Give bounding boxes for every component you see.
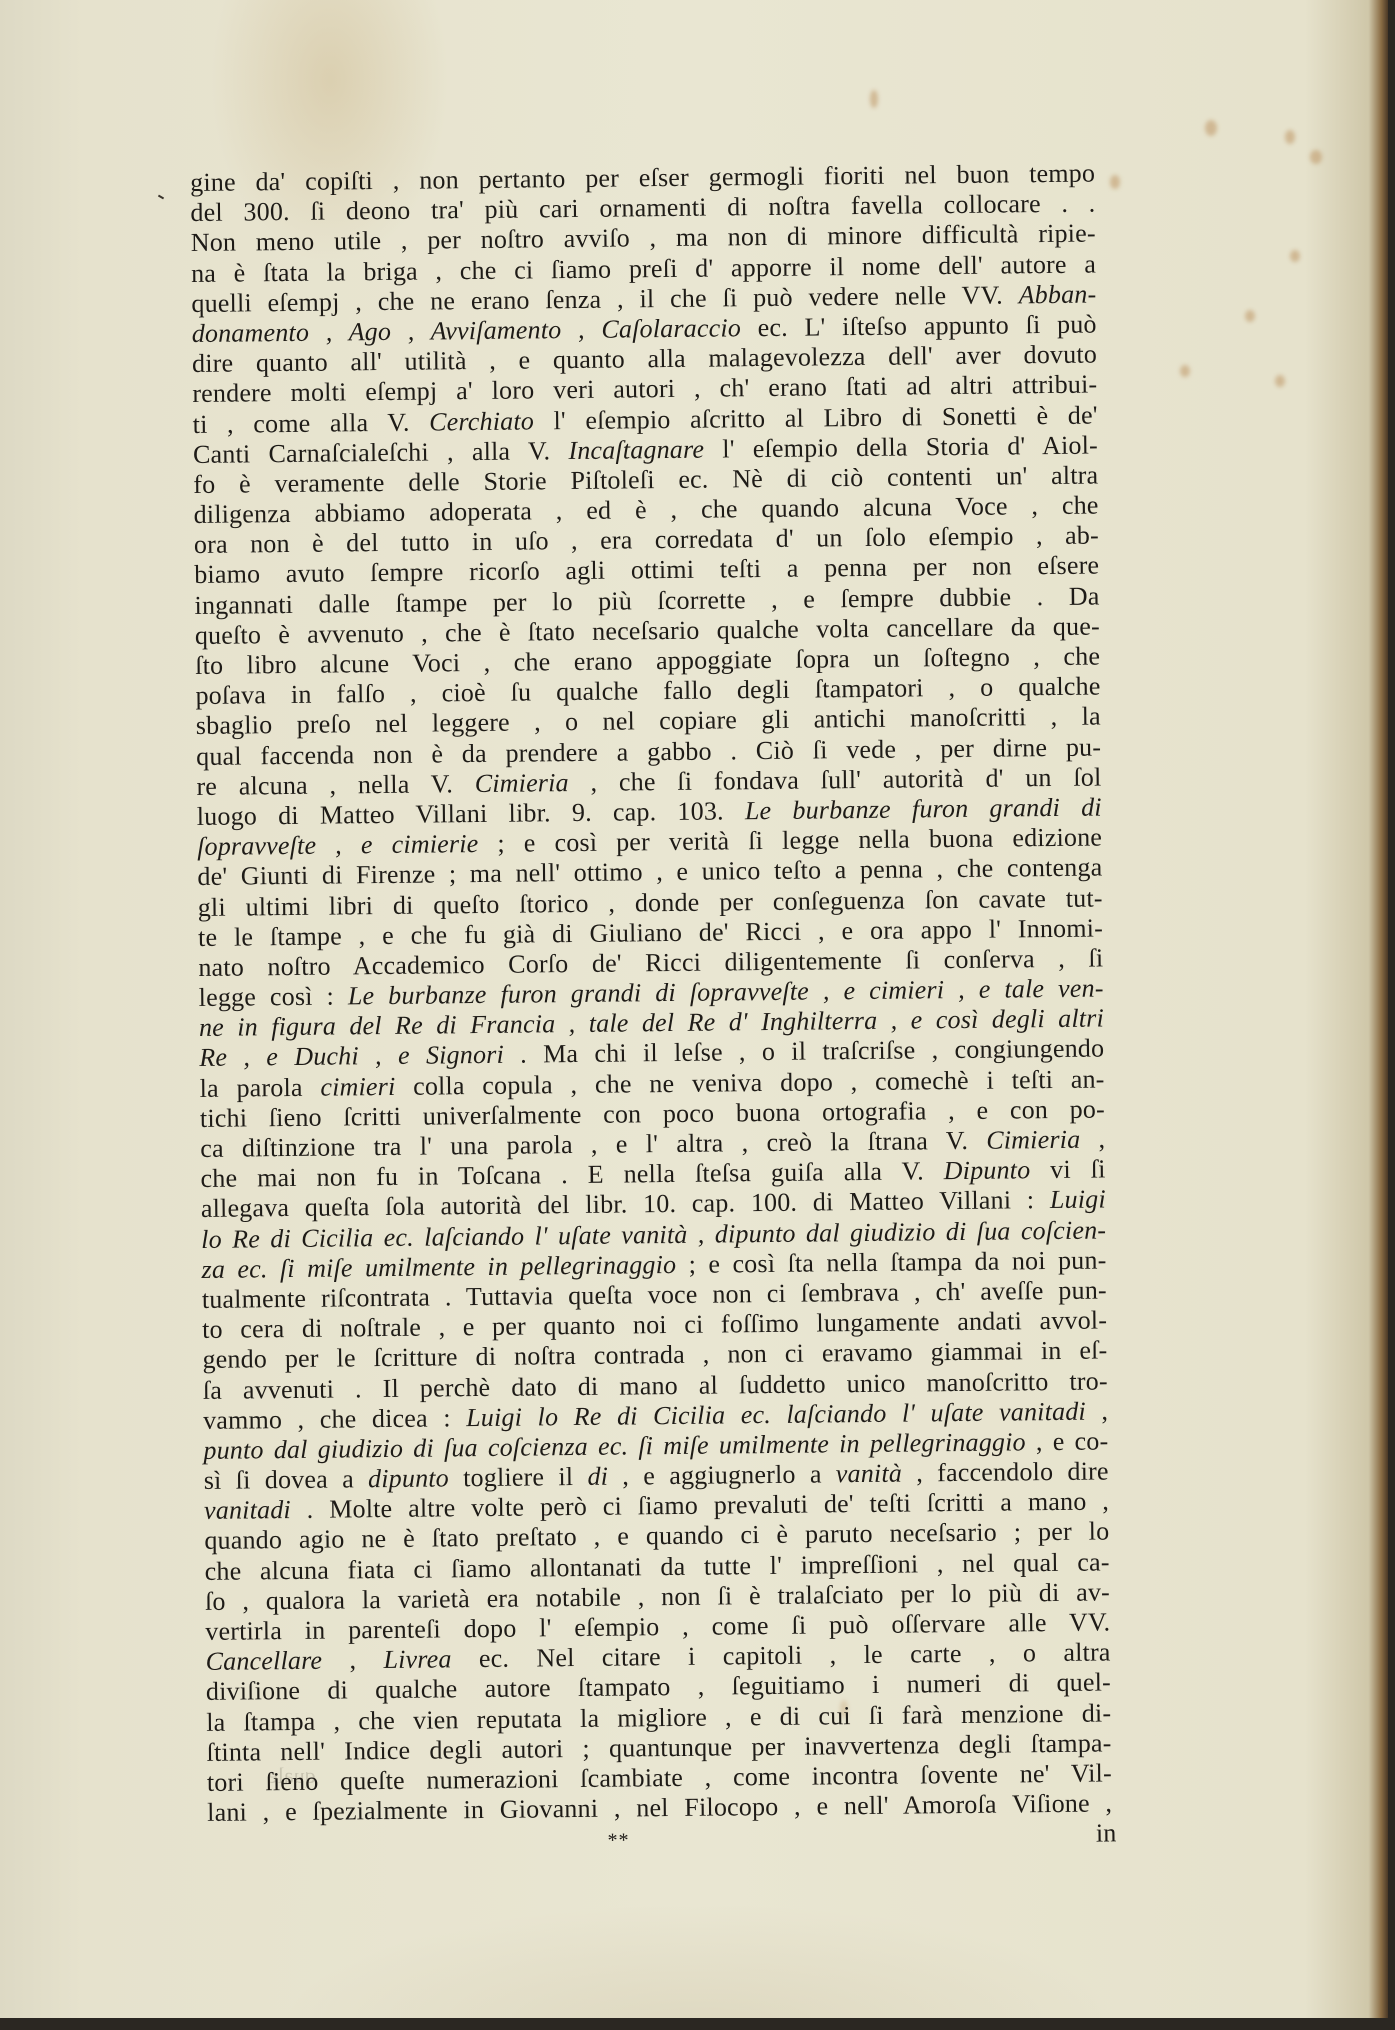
text-run: legge così :	[199, 981, 348, 1012]
text-run: re alcuna , nella V.	[196, 769, 475, 801]
text-run: ec. L' iſteſso appunto ſi può	[741, 309, 1097, 342]
text-run: la parola	[199, 1072, 320, 1102]
italic-citation: Cerchiato	[429, 406, 534, 436]
foxing-spot	[1275, 375, 1285, 387]
text-run: , faccendolo dire	[902, 1457, 1109, 1488]
body-text: gine da' copiſti , non pertanto per eſse…	[190, 158, 1123, 1858]
italic-citation: dipunto	[368, 1463, 449, 1493]
italic-citation: Cimieria	[475, 768, 569, 798]
text-run: l' eſempio della Storia d' Aiol-	[704, 430, 1098, 463]
foxing-spot	[1110, 175, 1120, 189]
foxing-spot	[1285, 130, 1295, 144]
italic-citation: di	[587, 1462, 608, 1491]
text-run: ,	[1086, 1396, 1109, 1425]
text-run: vammo , che dicea :	[203, 1403, 466, 1435]
italic-citation: Luigi	[1050, 1185, 1106, 1215]
text-run: ,	[322, 1645, 384, 1675]
catchword: in	[1096, 1819, 1117, 1849]
text-run: togliere il	[449, 1462, 588, 1492]
italic-citation: za ec. ſi miſe umilmente in pellegrinagg…	[201, 1250, 676, 1284]
foxing-spot	[1180, 365, 1190, 377]
italic-citation: Cimieria	[986, 1125, 1080, 1155]
italic-citation: Livrea	[383, 1645, 451, 1675]
text-run: sì ſi dovea a	[204, 1464, 369, 1495]
italic-citation: donamento , Ago , Avviſamento , Caſolara…	[192, 313, 742, 348]
book-page: gine da' copiſti , non pertanto per eſse…	[0, 0, 1388, 2018]
italic-citation: Abban-	[1018, 279, 1096, 309]
margin-mark	[158, 195, 164, 200]
italic-citation: ſopravveſte , e cimierie	[197, 829, 479, 861]
text-run: ; e così ſta nella ſtampa da noi pun-	[676, 1245, 1106, 1279]
foxing-spot	[1290, 250, 1300, 262]
text-run: , e co-	[1026, 1426, 1109, 1456]
italic-citation: vanità	[836, 1459, 902, 1489]
foxing-spot	[870, 90, 878, 108]
foxing-spot	[1205, 120, 1217, 136]
foxing-spot	[1245, 310, 1255, 322]
text-run: luogo di Matteo Villani libr. 9. cap. 10…	[197, 796, 745, 831]
text-run: ti , come alla V.	[193, 407, 430, 438]
italic-citation: Re , e Duchi , e Signori	[199, 1040, 504, 1072]
text-run: l' eſempio aſcritto al Libro di Sonetti …	[534, 400, 1098, 435]
italic-citation: cimieri	[320, 1072, 395, 1102]
text-run: vi ſi	[1030, 1155, 1106, 1185]
signature-mark: **	[607, 1826, 629, 1856]
italic-citation: Le burbanze furon grandi di	[745, 792, 1102, 825]
text-run: . Ma chi il leſse , o il traſcriſse , co…	[504, 1034, 1105, 1069]
italic-citation: vanitadi	[204, 1495, 291, 1525]
bleed-through-text: quale	[268, 1763, 316, 1789]
text-run: , e aggiugnerlo a	[608, 1459, 836, 1490]
italic-citation: Dipunto	[944, 1155, 1031, 1185]
italic-citation: Incaſtagnare	[568, 434, 704, 464]
text-run: , che ſi fondava ſull' autorità d' un ſo…	[569, 762, 1102, 797]
text-run: ,	[1080, 1124, 1105, 1153]
italic-citation: Cancellare	[205, 1646, 322, 1676]
text-run: Canti Carnaſcialeſchi , alla V.	[193, 436, 569, 469]
foxing-spot	[1310, 150, 1322, 164]
